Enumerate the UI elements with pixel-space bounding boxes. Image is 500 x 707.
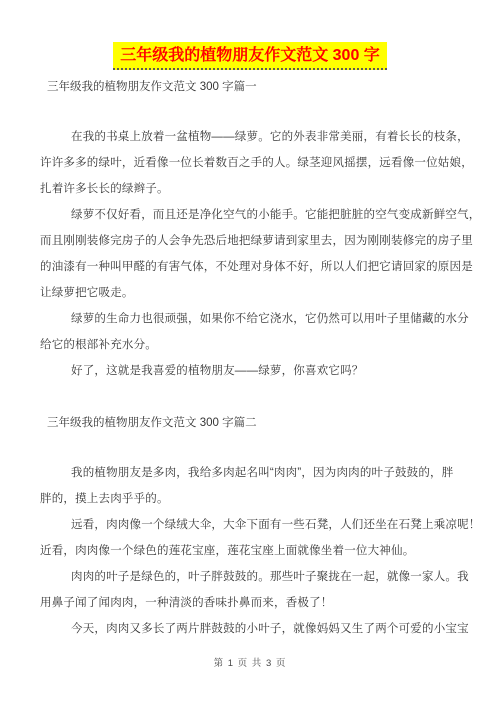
text-line: 绿萝的生命力也很顽强，如果你不给它浇水，它仍然可以用叶子里储藏的水分: [40, 306, 460, 332]
document-page: 三年级我的植物朋友作文范文 300 字 三年级我的植物朋友作文范文 300 字篇…: [0, 0, 500, 707]
blank-line: [40, 436, 460, 460]
section-heading: 三年级我的植物朋友作文范文 300 字篇二: [40, 410, 460, 436]
blank-line: [40, 100, 460, 124]
text-line: 许许多多的绿叶，近看像一位长着数百之手的人。绿茎迎风摇摆，远看像一位姑娘，: [40, 150, 460, 176]
text-line: 在我的书桌上放着一盆植物——绿萝。它的外表非常美丽，有着长长的枝条，: [40, 124, 460, 150]
text-line: 远看，肉肉像一个绿绒大伞，大伞下面有一些石凳，人们还坐在石凳上乘凉呢！: [40, 512, 460, 538]
text-line: 的油漆有一种叫甲醛的有害气体，不处理对身体不好，所以人们把它请回家的原因是: [40, 254, 460, 280]
page-number: 第 1 页 共 3 页: [40, 654, 460, 674]
text-line: 用鼻子闻了闻肉肉，一种清淡的香味扑鼻而来，香极了！: [40, 590, 460, 616]
text-line: 给它的根部补充水分。: [40, 332, 460, 358]
text-line: 肉肉的叶子是绿色的，叶子胖鼓鼓的。那些叶子聚拢在一起，就像一家人。我: [40, 564, 460, 590]
section-heading: 三年级我的植物朋友作文范文 300 字篇一: [40, 74, 460, 100]
text-line: 而且刚刚装修完房子的人会争先恐后地把绿萝请到家里去，因为刚刚装修完的房子里: [40, 228, 460, 254]
text-line: 近看，肉肉像一个绿色的莲花宝座，莲花宝座上面就像坐着一位大神仙。: [40, 538, 460, 564]
text-line: 绿萝不仅好看，而且还是净化空气的小能手。它能把脏脏的空气变成新鲜空气，: [40, 202, 460, 228]
text-line: 让绿萝把它吸走。: [40, 280, 460, 306]
text-line: 胖的，摸上去肉乎乎的。: [40, 486, 460, 512]
text-line: 今天，肉肉又多长了两片胖鼓鼓的小叶子，就像妈妈又生了两个可爱的小宝宝: [40, 616, 460, 642]
document-title: 三年级我的植物朋友作文范文 300 字: [113, 42, 387, 70]
text-line: 好了，这就是我喜爱的植物朋友——绿萝，你喜欢它吗？: [40, 358, 460, 384]
text-line: 扎着许多长长的绿辫子。: [40, 176, 460, 202]
title-row: 三年级我的植物朋友作文范文 300 字: [40, 42, 460, 70]
blank-line: [40, 384, 460, 410]
text-line: 我的植物朋友是多肉，我给多肉起名叫“肉肉”，因为肉肉的叶子鼓鼓的，胖: [40, 460, 460, 486]
document-body: 三年级我的植物朋友作文范文 300 字篇一在我的书桌上放着一盆植物——绿萝。它的…: [40, 74, 460, 642]
